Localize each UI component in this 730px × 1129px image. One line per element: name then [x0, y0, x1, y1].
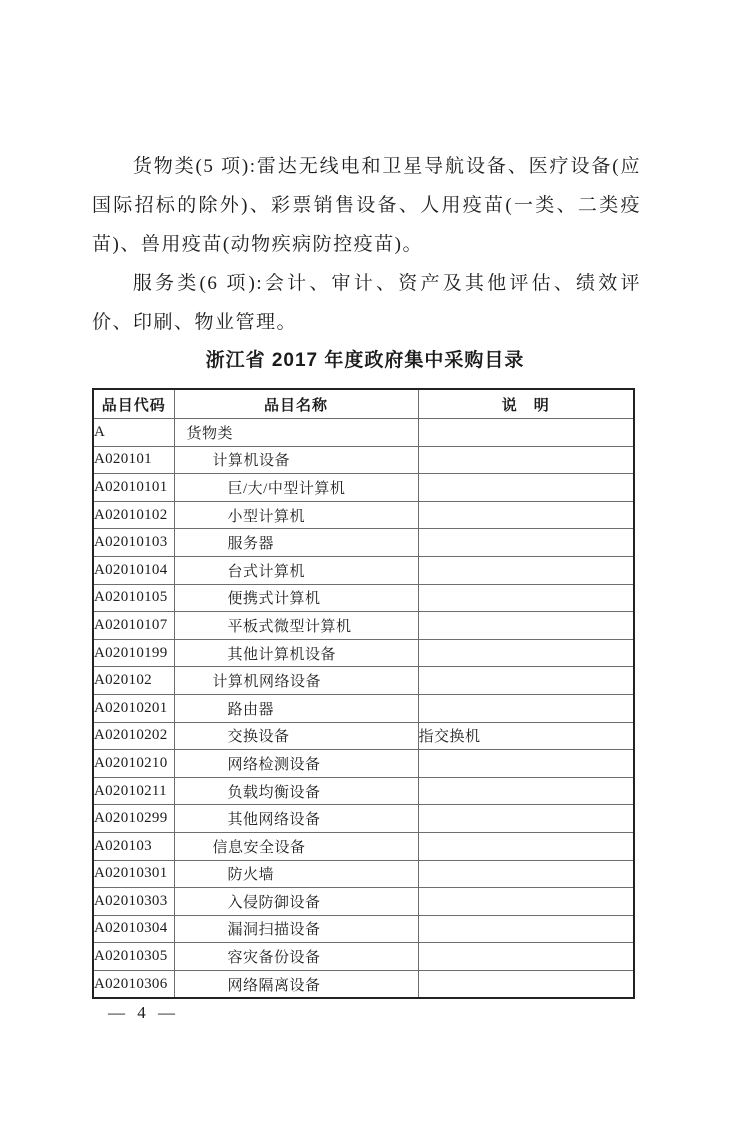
item-note-cell: [418, 777, 634, 805]
table-row: A02010104台式计算机: [93, 556, 634, 584]
item-code-cell: A02010211: [93, 777, 174, 805]
item-code-cell: A02010299: [93, 805, 174, 833]
item-note-cell: [418, 419, 634, 447]
item-code-cell: A02010101: [93, 474, 174, 502]
table-row: A02010303入侵防御设备: [93, 888, 634, 916]
item-note-cell: [418, 943, 634, 971]
table-row: A02010306网络隔离设备: [93, 970, 634, 998]
item-note-cell: [418, 501, 634, 529]
item-name-cell: 网络检测设备: [174, 750, 418, 778]
item-note-cell: [418, 612, 634, 640]
procurement-catalog-table: 品目代码 品目名称 说 明 A货物类A020101计算机设备A02010101巨…: [92, 388, 635, 999]
column-header-item-code: 品目代码: [93, 389, 174, 419]
table-row: A02010201路由器: [93, 694, 634, 722]
item-code-cell: A02010104: [93, 556, 174, 584]
item-code-cell: A02010210: [93, 750, 174, 778]
table-row: A02010305容灾备份设备: [93, 943, 634, 971]
table-row: A02010105便携式计算机: [93, 584, 634, 612]
item-name-cell: 容灾备份设备: [174, 943, 418, 971]
page-number: — 4 —: [108, 1003, 179, 1023]
item-name-cell: 入侵防御设备: [174, 888, 418, 916]
table-row: A02010304漏洞扫描设备: [93, 915, 634, 943]
item-name-cell: 防火墙: [174, 860, 418, 888]
item-name-cell: 其他计算机设备: [174, 639, 418, 667]
paragraph-goods-category: 货物类(5 项):雷达无线电和卫星导航设备、医疗设备(应国际招标的除外)、彩票销…: [92, 147, 641, 264]
table-row: A02010210网络检测设备: [93, 750, 634, 778]
item-name-cell: 信息安全设备: [174, 832, 418, 860]
catalog-table-body: A货物类A020101计算机设备A02010101巨/大/中型计算机A02010…: [93, 419, 634, 999]
table-row: A02010103服务器: [93, 529, 634, 557]
table-header-row: 品目代码 品目名称 说 明: [93, 389, 634, 419]
item-note-cell: [418, 529, 634, 557]
paragraph-services-category: 服务类(6 项):会计、审计、资产及其他评估、绩效评价、印刷、物业管理。: [92, 264, 641, 342]
table-row: A020101计算机设备: [93, 446, 634, 474]
item-name-cell: 路由器: [174, 694, 418, 722]
item-name-cell: 交换设备: [174, 722, 418, 750]
table-row: A02010299其他网络设备: [93, 805, 634, 833]
item-note-cell: [418, 888, 634, 916]
item-code-cell: A: [93, 419, 174, 447]
item-name-cell: 负载均衡设备: [174, 777, 418, 805]
table-row: A02010101巨/大/中型计算机: [93, 474, 634, 502]
item-note-cell: [418, 832, 634, 860]
item-note-cell: [418, 474, 634, 502]
table-row: A020103信息安全设备: [93, 832, 634, 860]
item-code-cell: A02010103: [93, 529, 174, 557]
item-note-cell: [418, 694, 634, 722]
item-code-cell: A02010199: [93, 639, 174, 667]
item-code-cell: A02010201: [93, 694, 174, 722]
item-name-cell: 台式计算机: [174, 556, 418, 584]
item-note-cell: [418, 805, 634, 833]
item-code-cell: A020101: [93, 446, 174, 474]
item-code-cell: A02010304: [93, 915, 174, 943]
table-row: A02010199其他计算机设备: [93, 639, 634, 667]
item-code-cell: A02010202: [93, 722, 174, 750]
item-name-cell: 巨/大/中型计算机: [174, 474, 418, 502]
item-name-cell: 货物类: [174, 419, 418, 447]
item-note-cell: [418, 639, 634, 667]
item-name-cell: 便携式计算机: [174, 584, 418, 612]
document-page: 货物类(5 项):雷达无线电和卫星导航设备、医疗设备(应国际招标的除外)、彩票销…: [0, 0, 730, 1129]
item-note-cell: [418, 915, 634, 943]
item-note-cell: [418, 667, 634, 695]
item-name-cell: 网络隔离设备: [174, 970, 418, 998]
table-row: A020102计算机网络设备: [93, 667, 634, 695]
item-name-cell: 计算机网络设备: [174, 667, 418, 695]
item-code-cell: A02010107: [93, 612, 174, 640]
item-code-cell: A02010105: [93, 584, 174, 612]
table-row: A02010211负载均衡设备: [93, 777, 634, 805]
item-code-cell: A02010301: [93, 860, 174, 888]
catalog-title: 浙江省 2017 年度政府集中采购目录: [0, 345, 730, 372]
item-note-cell: [418, 556, 634, 584]
item-name-cell: 平板式微型计算机: [174, 612, 418, 640]
item-code-cell: A02010102: [93, 501, 174, 529]
table-row: A02010202交换设备指交换机: [93, 722, 634, 750]
item-code-cell: A02010305: [93, 943, 174, 971]
table-row: A02010301防火墙: [93, 860, 634, 888]
item-name-cell: 计算机设备: [174, 446, 418, 474]
table-row: A02010107平板式微型计算机: [93, 612, 634, 640]
item-name-cell: 小型计算机: [174, 501, 418, 529]
item-note-cell: [418, 446, 634, 474]
item-name-cell: 其他网络设备: [174, 805, 418, 833]
table-row: A货物类: [93, 419, 634, 447]
item-note-cell: [418, 584, 634, 612]
item-note-cell: [418, 860, 634, 888]
item-note-cell: [418, 750, 634, 778]
column-header-item-name: 品目名称: [174, 389, 418, 419]
item-code-cell: A02010306: [93, 970, 174, 998]
item-code-cell: A020102: [93, 667, 174, 695]
item-note-cell: 指交换机: [418, 722, 634, 750]
item-name-cell: 服务器: [174, 529, 418, 557]
item-code-cell: A02010303: [93, 888, 174, 916]
item-note-cell: [418, 970, 634, 998]
column-header-note: 说 明: [418, 389, 634, 419]
table-row: A02010102小型计算机: [93, 501, 634, 529]
item-code-cell: A020103: [93, 832, 174, 860]
item-name-cell: 漏洞扫描设备: [174, 915, 418, 943]
